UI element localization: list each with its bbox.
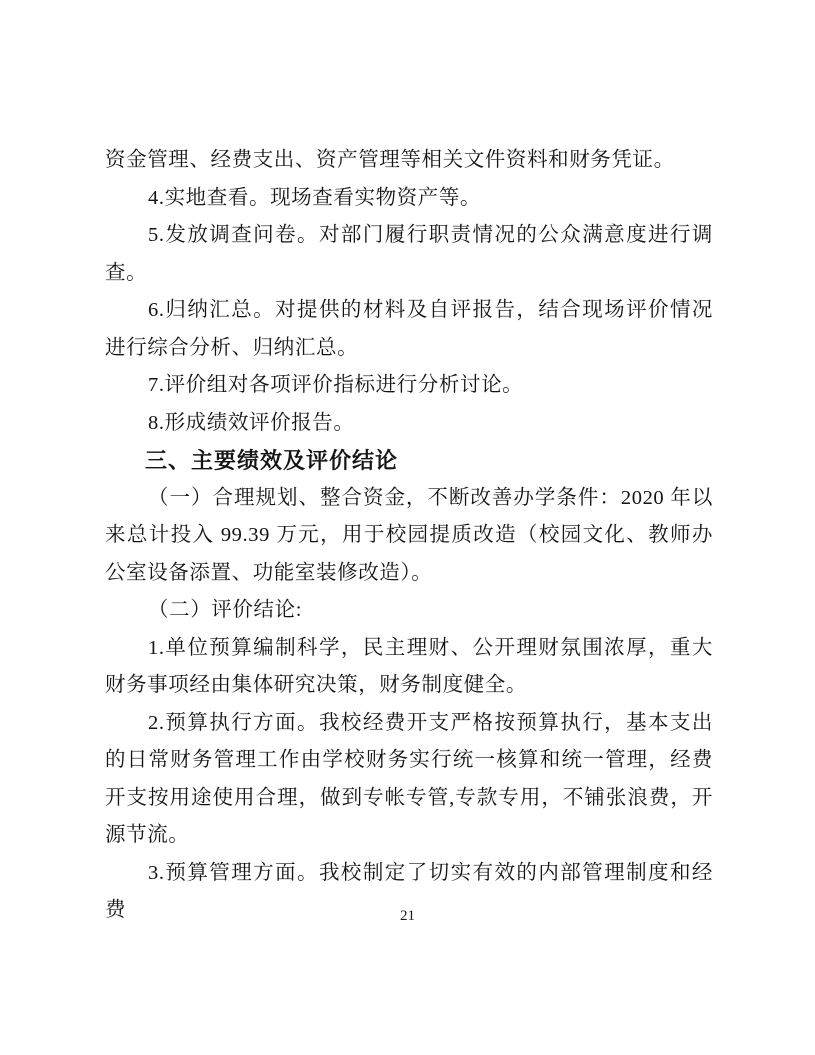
- paragraph-step-6: 6.归纳汇总。对提供的材料及自评报告，结合现场评价情况进行综合分析、归纳汇总。: [105, 292, 713, 367]
- paragraph-step-7: 7.评价组对各项评价指标进行分析讨论。: [105, 367, 713, 405]
- paragraph-step-4: 4.实地查看。现场查看实物资产等。: [105, 180, 713, 218]
- page-footer: 21: [0, 906, 815, 926]
- paragraph-subsection-2: （二）评价结论:: [105, 592, 713, 630]
- paragraph-subsection-1: （一）合理规划、整合资金，不断改善办学条件：2020 年以来总计投入 99.39…: [105, 480, 713, 593]
- section-heading: 三、主要绩效及评价结论: [105, 442, 713, 480]
- paragraph-step-5: 5.发放调查问卷。对部门履行职责情况的公众满意度进行调查。: [105, 217, 713, 292]
- document-body: 资金管理、经费支出、资产管理等相关文件资料和财务凭证。 4.实地查看。现场查看实…: [105, 142, 713, 930]
- paragraph-conclusion-1: 1.单位预算编制科学，民主理财、公开理财氛围浓厚，重大财务事项经由集体研究决策，…: [105, 630, 713, 705]
- paragraph-conclusion-2: 2.预算执行方面。我校经费开支严格按预算执行，基本支出的日常财务管理工作由学校财…: [105, 705, 713, 855]
- page-number: 21: [400, 908, 415, 924]
- paragraph-continuation: 资金管理、经费支出、资产管理等相关文件资料和财务凭证。: [105, 142, 713, 180]
- paragraph-step-8: 8.形成绩效评价报告。: [105, 405, 713, 443]
- document-page: 资金管理、经费支出、资产管理等相关文件资料和财务凭证。 4.实地查看。现场查看实…: [0, 0, 815, 1055]
